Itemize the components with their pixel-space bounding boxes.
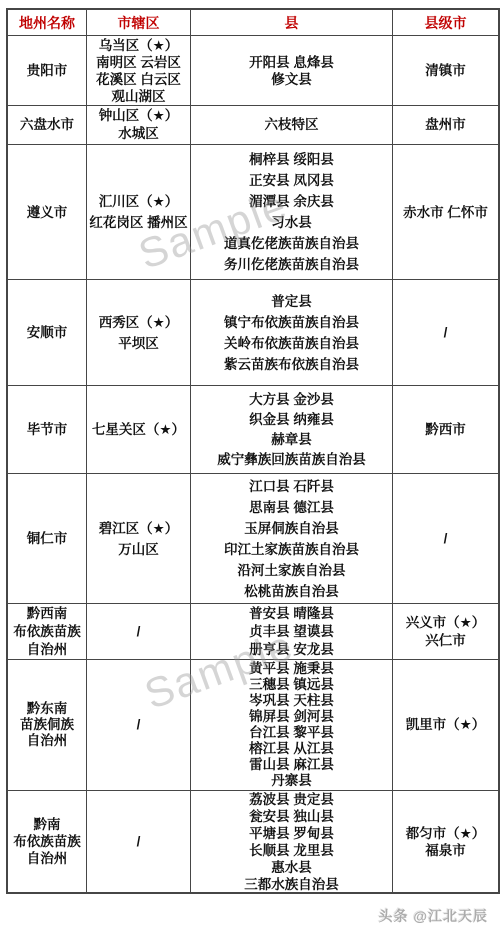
cell-counties: 江口县 石阡县 思南县 德江县 玉屏侗族自治县 印江土家族苗族自治县 沿河土家族… [190, 474, 392, 603]
guizhou-admin-divisions-table: 地州名称 市辖区 县 县级市 贵阳市 乌当区（★） 南明区 云岩区 花溪区 白云… [6, 8, 500, 894]
cell-cities: 黔西市 [392, 386, 498, 473]
cell-cities: 兴义市（★） 兴仁市 [392, 604, 498, 659]
cell-districts: / [86, 660, 190, 790]
cell-cities: 清镇市 [392, 36, 498, 105]
cell-counties: 开阳县 息烽县 修文县 [190, 36, 392, 105]
col-header-prefecture: 地州名称 [8, 10, 86, 35]
cell-counties: 普定县 镇宁布依族苗族自治县 关岭布依族苗族自治县 紫云苗族布依族自治县 [190, 280, 392, 385]
cell-counties: 荔波县 贵定县 瓮安县 独山县 平塘县 罗甸县 长顺县 龙里县 惠水县 三都水族… [190, 791, 392, 892]
cell-prefecture: 黔南 布依族苗族 自治州 [8, 791, 86, 892]
table-row-liupanshui: 六盘水市 钟山区（★） 水城区 六枝特区 盘州市 [8, 105, 498, 144]
cell-cities: 都匀市（★） 福泉市 [392, 791, 498, 892]
table-row-bijie: 毕节市 七星关区（★） 大方县 金沙县 织金县 纳雍县 赫章县 威宁彝族回族苗族… [8, 385, 498, 473]
table-row-zunyi: 遵义市 汇川区（★） 红花岗区 播州区 桐梓县 绥阳县 正安县 凤冈县 湄潭县 … [8, 144, 498, 279]
table-row-tongren: 铜仁市 碧江区（★） 万山区 江口县 石阡县 思南县 德江县 玉屏侗族自治县 印… [8, 473, 498, 603]
cell-districts: 七星关区（★） [86, 386, 190, 473]
toutiao-author-credit: 头条 @江北天辰 [378, 906, 488, 926]
cell-prefecture: 铜仁市 [8, 474, 86, 603]
table-row-guiyang: 贵阳市 乌当区（★） 南明区 云岩区 花溪区 白云区 观山湖区 开阳县 息烽县 … [8, 35, 498, 105]
cell-districts: / [86, 791, 190, 892]
cell-cities: 赤水市 仁怀市 [392, 145, 498, 279]
cell-counties: 桐梓县 绥阳县 正安县 凤冈县 湄潭县 余庆县 习水县 道真仡佬族苗族自治县 务… [190, 145, 392, 279]
cell-prefecture: 遵义市 [8, 145, 86, 279]
col-header-county-level-cities: 县级市 [392, 10, 498, 35]
cell-districts: / [86, 604, 190, 659]
cell-cities: 盘州市 [392, 106, 498, 144]
cell-counties: 普安县 晴隆县 贞丰县 望谟县 册亨县 安龙县 [190, 604, 392, 659]
cell-counties: 黄平县 施秉县 三穗县 镇远县 岑巩县 天柱县 锦屏县 剑河县 台江县 黎平县 … [190, 660, 392, 790]
cell-cities: 凯里市（★） [392, 660, 498, 790]
cell-districts: 钟山区（★） 水城区 [86, 106, 190, 144]
cell-prefecture: 黔东南 苗族侗族 自治州 [8, 660, 86, 790]
page: 地州名称 市辖区 县 县级市 贵阳市 乌当区（★） 南明区 云岩区 花溪区 白云… [0, 0, 500, 937]
cell-cities: / [392, 280, 498, 385]
cell-counties: 大方县 金沙县 织金县 纳雍县 赫章县 威宁彝族回族苗族自治县 [190, 386, 392, 473]
cell-cities: / [392, 474, 498, 603]
col-header-counties: 县 [190, 10, 392, 35]
cell-counties: 六枝特区 [190, 106, 392, 144]
cell-districts: 碧江区（★） 万山区 [86, 474, 190, 603]
table-row-qiannan: 黔南 布依族苗族 自治州 / 荔波县 贵定县 瓮安县 独山县 平塘县 罗甸县 长… [8, 790, 498, 892]
cell-prefecture: 六盘水市 [8, 106, 86, 144]
table-row-qiandongnan: 黔东南 苗族侗族 自治州 / 黄平县 施秉县 三穗县 镇远县 岑巩县 天柱县 锦… [8, 659, 498, 790]
cell-prefecture: 贵阳市 [8, 36, 86, 105]
col-header-districts: 市辖区 [86, 10, 190, 35]
cell-districts: 汇川区（★） 红花岗区 播州区 [86, 145, 190, 279]
table-row-qianxinan: 黔西南 布依族苗族 自治州 / 普安县 晴隆县 贞丰县 望谟县 册亨县 安龙县 … [8, 603, 498, 659]
cell-districts: 乌当区（★） 南明区 云岩区 花溪区 白云区 观山湖区 [86, 36, 190, 105]
table-header-row: 地州名称 市辖区 县 县级市 [8, 10, 498, 35]
cell-districts: 西秀区（★） 平坝区 [86, 280, 190, 385]
table-row-anshun: 安顺市 西秀区（★） 平坝区 普定县 镇宁布依族苗族自治县 关岭布依族苗族自治县… [8, 279, 498, 385]
cell-prefecture: 黔西南 布依族苗族 自治州 [8, 604, 86, 659]
cell-prefecture: 毕节市 [8, 386, 86, 473]
cell-prefecture: 安顺市 [8, 280, 86, 385]
